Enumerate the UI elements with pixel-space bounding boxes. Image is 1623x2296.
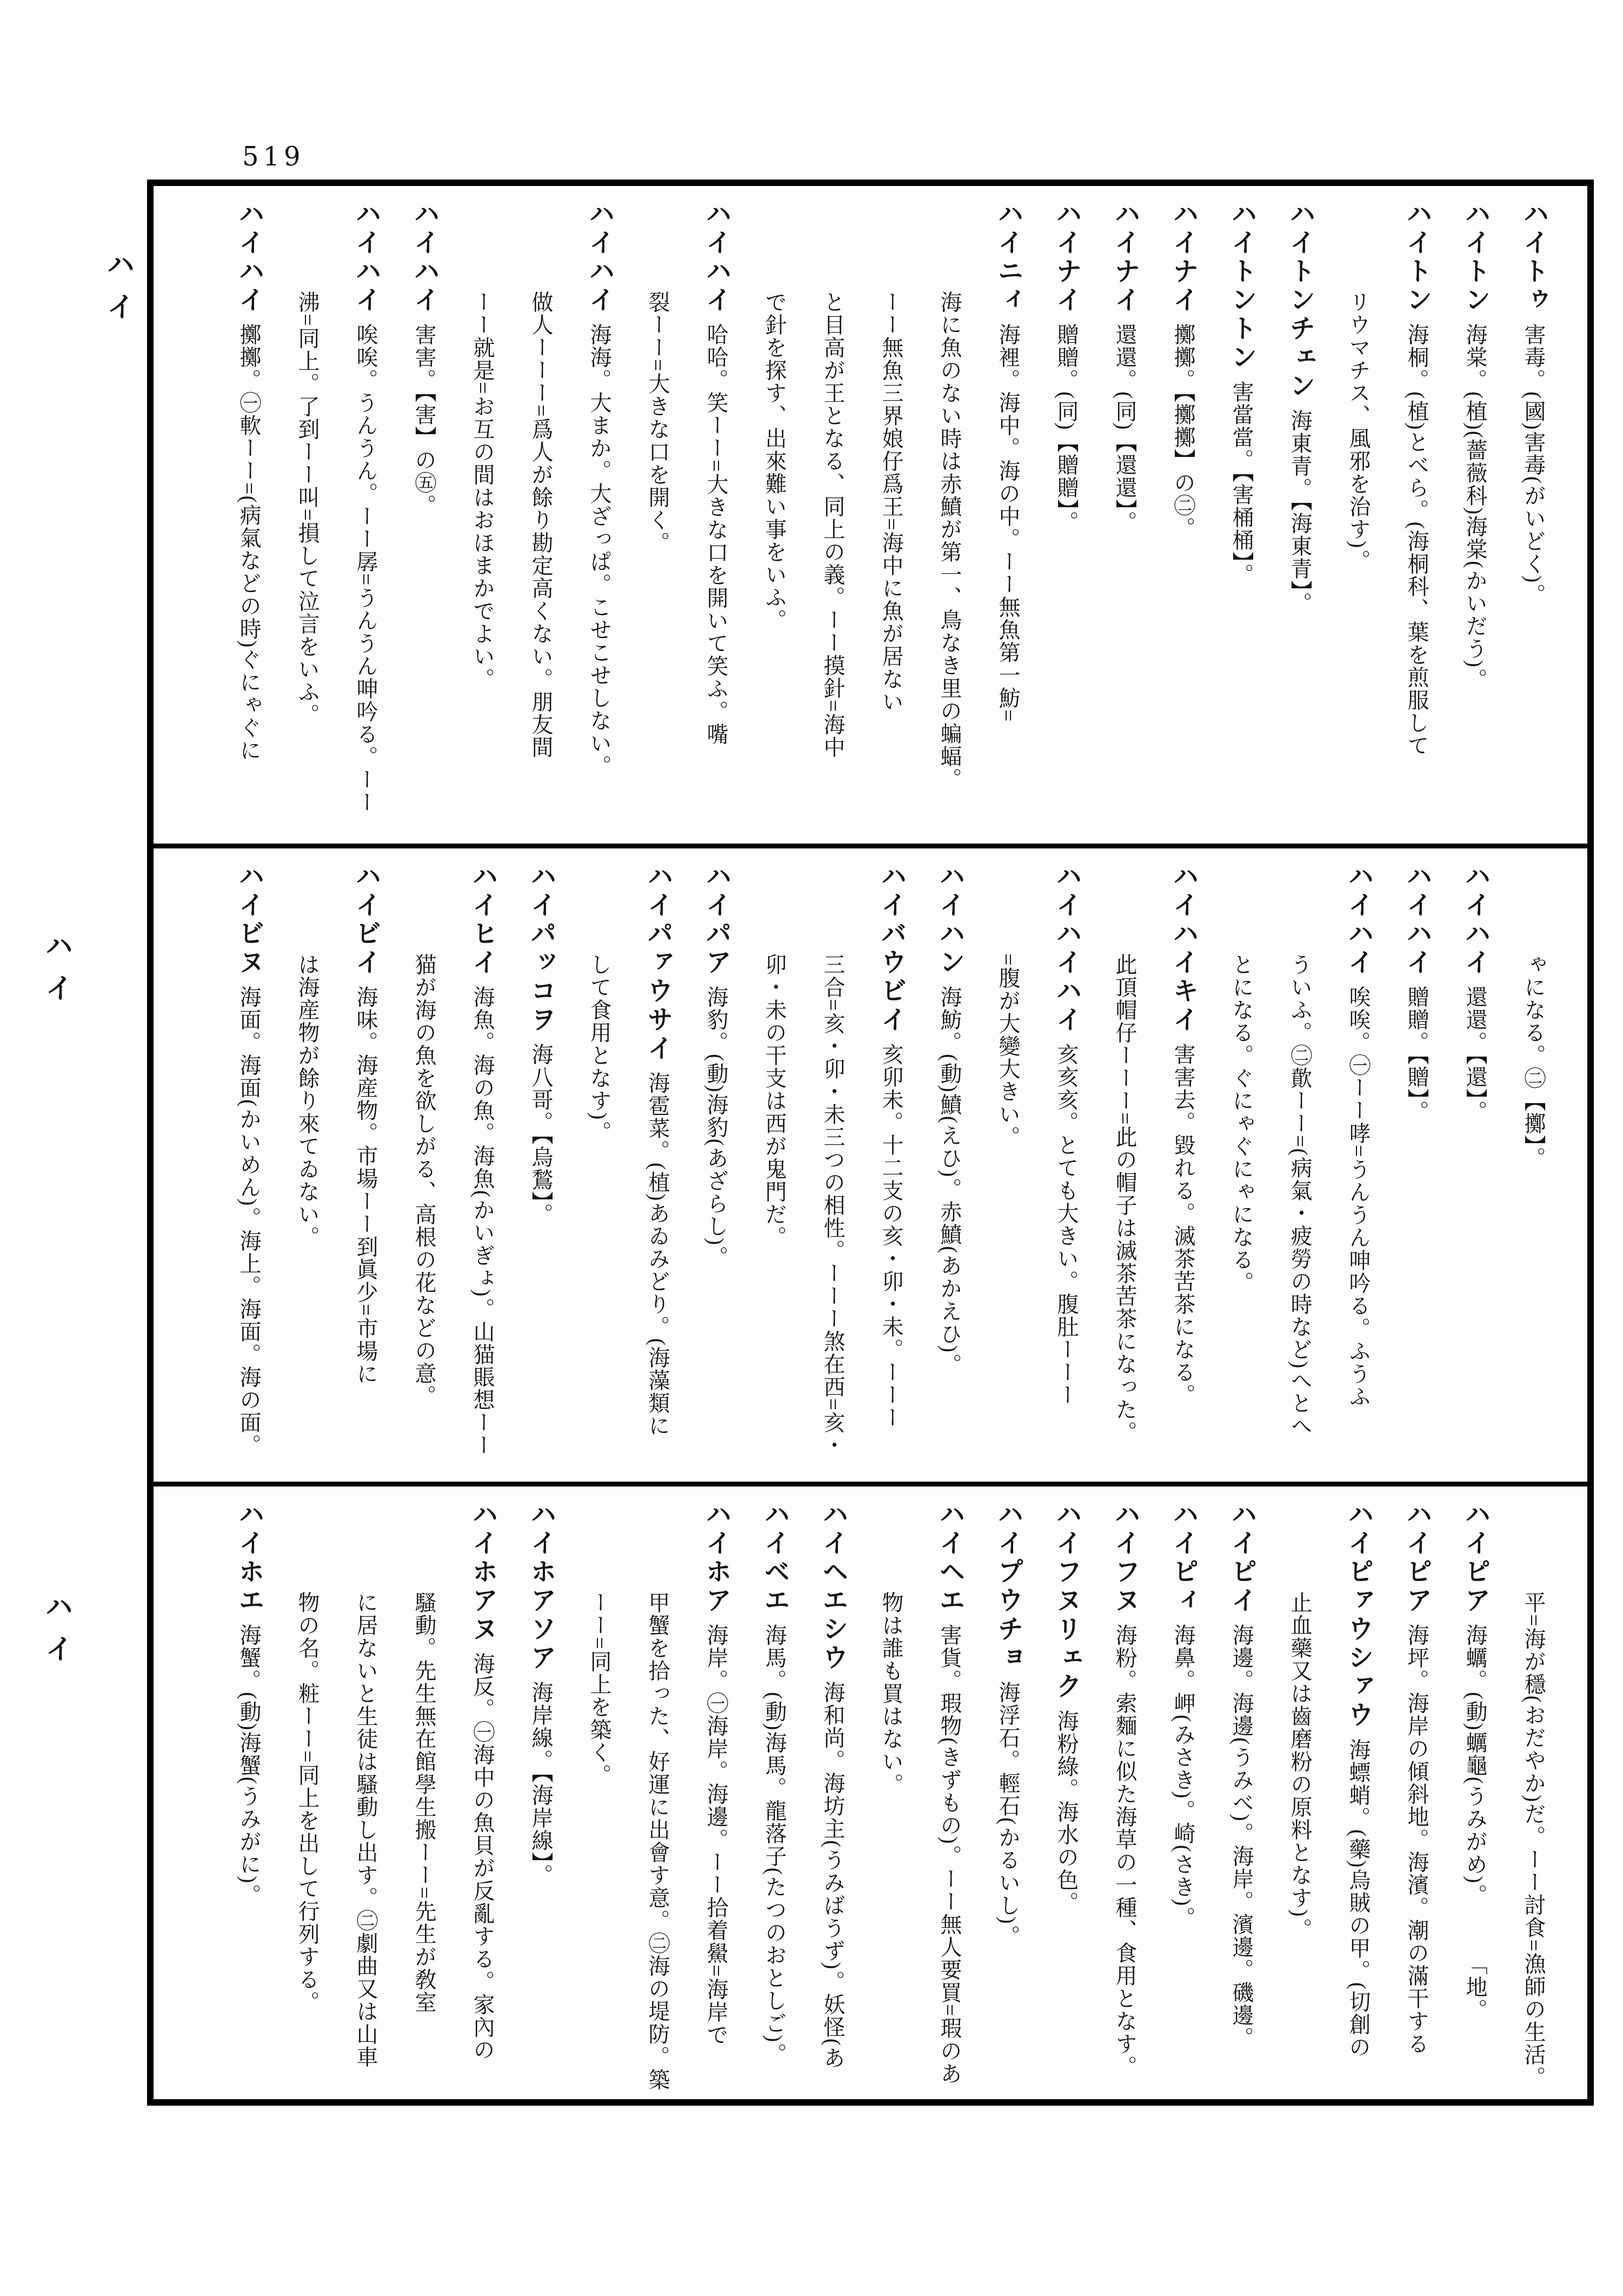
definition: とになる。ぐにゃぐにゃになる。 [1229, 953, 1254, 1294]
entry-column: ハイヘエ害貨。瑕物(きずもの)。ーー無人要買=瑕のある品 [920, 1501, 979, 2092]
continuation-column: 騷動。先生無在館學生搬ーー=先生が敎室 [395, 1501, 453, 2092]
headword: ハイトントン [1227, 200, 1256, 372]
continuation-column: =腹が大變大きい。 [979, 862, 1037, 1474]
definition: ーー就是=お互の間はおほまかでよい。 [470, 291, 495, 691]
entry-column: ハイハイ唉唉。うんうん。ーー孱=うんうん呻吟る。ーー [336, 200, 395, 836]
continuation-column: 三合=亥・卯・未三つの相性。ーーー煞在西=亥・ [803, 862, 862, 1474]
definition: ーー=同上を築く。 [587, 1591, 611, 1787]
definition: 海豹。(動)海豹(あざらし)。 [704, 986, 728, 1269]
entry-column: ハイハイ擲擲。㊀軟ーー=(病氣などの時)ぐにゃぐに [219, 200, 278, 836]
entry-column: ハイピア海蠣。(動)蠣龜(うみがめ)。 「地。 [1446, 1501, 1504, 2092]
continuation-column: は海産物が餘り來てゐない。 [278, 862, 336, 1474]
continuation-column: 甲蟹を拾った、好運に出會す意。㊁海の堤防。築 [628, 1501, 687, 2092]
definition: で針を探す、出來難い事をいふ。 [762, 291, 787, 632]
entry-column: ハイハン海魴。(動)鱝(えひ)。赤鱝(あかえひ)。 [920, 862, 979, 1474]
continuation-column: 卯・未の干支は西が鬼門だ。 [745, 862, 803, 1474]
definition: 海岸。㊀海岸。海邊。ーー拾着鱟=海岸で [704, 1624, 728, 2046]
page-number: 519 [242, 142, 305, 172]
continuation-column: に居ないと生徒は騷動し出す。㊁劇曲又は山車 [336, 1501, 395, 2092]
headword: ハイハン [935, 862, 964, 977]
continuation-column: ーー無魚三界娘仔爲王=海中に魚が居ない [862, 200, 920, 836]
entry-column: ハイハイキイ害害去。毀れる。滅茶苦茶になる。 [1154, 862, 1212, 1474]
headword: ハイベエ [760, 1501, 789, 1615]
headword: ハイハイハイ [1052, 862, 1081, 1034]
headword: ハイパッコヲ [527, 862, 555, 1034]
continuation-column: 猫が海の魚を欲しがる、高根の花などの意。 [395, 862, 453, 1474]
band-middle: ゃになる。㊁【擲】。 ハイハイ還還。【還】。 ハイハイ贈贈。【贈】。 ハイハイ唉… [154, 844, 1587, 1482]
continuation-column: 平=海が穩(おだやか)だ。ーー討食=漁師の生活。 [1504, 1501, 1562, 2092]
headword: ハイピア [1402, 1501, 1431, 1615]
continuation-column: 沸=同上。了到ーー叫=損して泣言をいふ。 [278, 200, 336, 836]
definition: 此頂帽仔ーーー=此の帽子は滅茶苦茶になった。 [1113, 953, 1137, 1444]
headword: ハイピァウシァウ [1344, 1501, 1373, 1730]
entry-column: ハイビイ海味。海産物。市場ーー到眞少=市場に [336, 862, 395, 1474]
definition: 止血藥又は齒磨粉の原料となす)。 [1288, 1591, 1312, 1940]
headword: ハイホエ [235, 1501, 263, 1615]
entry-column: ハイハイ哈哈。笑ーー=大きな口を開いて笑ふ。嘴 [687, 200, 745, 836]
definition: 海に魚のない時は赤鱝が第一、鳥なき里の蝙蝠。 [937, 291, 962, 791]
headword: ハイヒイ [468, 862, 497, 977]
headword: ハイニィ [994, 200, 1022, 315]
continuation-column: 物の名。粧ーー=同上を出して行列する。 [278, 1501, 336, 2092]
definition: 害當當。【害桶桶】。 [1229, 381, 1254, 586]
definition: 害毒。(國)害毒(がいどく)。 [1521, 323, 1546, 606]
entry-column: ハイトゥ害毒。(國)害毒(がいどく)。 [1504, 200, 1562, 836]
entry-column: ハイビヌ海面。海面(かいめん)。海上。海面。海の面。ーー平 [219, 862, 278, 1474]
entry-column: ハイハイ還還。【還】。 [1446, 862, 1504, 1474]
definition: 裂ーー=大きな口を開く。 [646, 291, 670, 554]
headword: ハイフヌ [1110, 1501, 1139, 1615]
entry-column: ハイプウチョ海浮石。輕石(かるいし)。 [979, 1501, 1037, 2092]
entry-column: ハイピア海坪。海岸の傾斜地。海濱。潮の滿干する [1387, 1501, 1446, 2092]
headword: ハイナイ [1052, 200, 1081, 315]
definition: ゃになる。㊁【擲】。 [1521, 953, 1546, 1170]
entry-column: ハイニィ海裡。海中。海の中。ーー無魚第一魴= [979, 200, 1037, 836]
continuation-column: リウマチス、風邪を治す)。 [1329, 200, 1387, 836]
headword: ハイハイ [1402, 862, 1431, 977]
entry-column: ハイナイ擲擲。【擲擲】の㊁。 [1154, 200, 1212, 836]
content-frame: ハイトゥ害毒。(國)害毒(がいどく)。 ハイトン海棠。(植)(薔薇科)海棠(かい… [147, 180, 1594, 2106]
definition: 還還。【還】。 [1463, 986, 1487, 1123]
definition: 海反。㊀海中の魚貝が反亂する。家內の [470, 1653, 495, 2061]
definition: 海雹菜。(植)あゐみどり。(海藻類に [646, 1072, 670, 1437]
entry-column: ハイナイ贈贈。(同)【贈贈】。 [1037, 200, 1095, 836]
margin-index-label: ハイ [36, 1592, 76, 1676]
continuation-column: 做人ーーー=爲人が餘り勘定高くない。朋友間 [511, 200, 570, 836]
headword: ハイピィ [1169, 1501, 1198, 1615]
definition: 海螵蛸。(藥)烏賊の甲。(切創の [1346, 1738, 1371, 2059]
continuation-column: ゃになる。㊁【擲】。 [1504, 862, 1562, 1474]
headword: ハイビイ [351, 862, 380, 977]
definition: 沸=同上。了到ーー叫=損して泣言をいふ。 [295, 291, 320, 726]
definition: 海坪。海岸の傾斜地。海濱。潮の滿干する [1405, 1624, 1429, 2055]
definition: 海魴。(動)鱝(えひ)。赤鱝(あかえひ)。 [937, 986, 962, 1376]
headword: ハイビヌ [235, 862, 263, 977]
definition: 海浮石。輕石(かるいし)。 [996, 1681, 1020, 1948]
headword: ハイハイ [235, 200, 263, 315]
continuation-column: と目高が王となる、同上の義。ーー摸針=海中 [803, 200, 862, 836]
headword: ハイハイ [410, 200, 438, 315]
definition: 哈哈。笑ーー=大きな口を開いて笑ふ。嘴 [704, 323, 728, 746]
headword: ハイトン [1461, 200, 1489, 315]
definition: 三合=亥・卯・未三つの相性。ーーー煞在西=亥・ [821, 953, 845, 1457]
entry-column: ハイピイ海邊。海邊(うみべ)。海岸。濱邊。磯邊。 [1212, 1501, 1271, 2092]
headword: ハイフヌリェク [1052, 1501, 1081, 1701]
definition: リウマチス、風邪を治す)。 [1346, 291, 1371, 572]
headword: ハイハイ [1461, 862, 1489, 977]
headword: ハイハイ [351, 200, 380, 315]
definition: 做人ーーー=爲人が餘り勘定高くない。朋友間 [529, 291, 553, 759]
entry-column: ハイハイ海海。大まか。大ざっぱ。こせこせしない。 [570, 200, 628, 836]
definition: 亥卯未。十二支の亥・卯・未。ーーー [879, 1043, 903, 1429]
entry-column: ハイヒイ海魚。海の魚。海魚(かいぎょ)。山猫賬想ーーー=山 [453, 862, 511, 1474]
continuation-column: ーー=同上を築く。 [570, 1501, 628, 2092]
band-bottom: 平=海が穩(おだやか)だ。ーー討食=漁師の生活。 ハイピア海蠣。(動)蠣龜(うみ… [154, 1482, 1587, 2099]
definition: 猫が海の魚を欲しがる、高根の花などの意。 [412, 953, 436, 1408]
entry-column: ハイトンチェン海東青。【海東青】。 [1271, 200, 1329, 836]
entry-column: ハイホエ海蟹。(動)海蟹(うみがに)。 [219, 1501, 278, 2092]
headword: ハイピイ [1227, 1501, 1256, 1615]
continuation-column: 海に魚のない時は赤鱝が第一、鳥なき里の蝙蝠。 [920, 200, 979, 836]
entry-column: ハイトントン害當當。【害桶桶】。 [1212, 200, 1271, 836]
entry-column: ハイピァウシァウ海螵蛸。(藥)烏賊の甲。(切創の [1329, 1501, 1387, 2092]
definition: 海八哥。【烏鶖】。 [529, 1043, 553, 1226]
entry-column: ハイトン海桐。(植)とべら。(海桐科、葉を煎服して [1387, 200, 1446, 836]
headword: ハイパァウサイ [643, 862, 672, 1063]
headword: ハイピア [1461, 1501, 1489, 1615]
definition: 唉唉。㊀ーー哮=うんうん呻吟る。ふうふ [1346, 986, 1371, 1408]
definition: 贈贈。【贈】。 [1405, 986, 1429, 1123]
entry-column: ハイナイ還還。(同)【還還】。 [1095, 200, 1154, 836]
entry-column: ハイハイハイ亥亥亥。とても大きい。腹肚ーーー [1037, 862, 1095, 1474]
entry-column: ハイホア海岸。㊀海岸。海邊。ーー拾着鱟=海岸で [687, 1501, 745, 2092]
definition: 擲擲。㊀軟ーー=(病氣などの時)ぐにゃぐに [237, 323, 261, 762]
continuation-column: ういふ。㊁歕ーー=(病氣・疲勞の時など)へとへ [1271, 862, 1329, 1474]
headword: ハイトン [1402, 200, 1431, 315]
entry-column: ハイパア海豹。(動)海豹(あざらし)。 [687, 862, 745, 1474]
headword: ハイナイ [1110, 200, 1139, 315]
entry-column: ハイフヌリェク海粉綠。海水の色。 [1037, 1501, 1095, 2092]
definition: 害害去。毀れる。滅茶苦茶になる。 [1171, 1043, 1195, 1406]
definition: =腹が大變大きい。 [996, 953, 1020, 1149]
headword: ハイハイキイ [1169, 862, 1198, 1034]
continuation-column: 止血藥又は齒磨粉の原料となす)。 [1271, 1501, 1329, 2092]
continuation-column: とになる。ぐにゃぐにゃになる。 [1212, 862, 1271, 1474]
definition: 海岸線。【海岸線】。 [529, 1681, 553, 1887]
entry-column: ハイフヌ海粉。索麵に似た海草の一種、食用となす。 [1095, 1501, 1154, 2092]
entry-column: ハイベエ海馬。(動)海馬。龍落子(たつのおとしご)。 [745, 1501, 803, 2092]
definition: 海海。大まか。大ざっぱ。こせこせしない。 [587, 323, 611, 778]
continuation-column: 裂ーー=大きな口を開く。 [628, 200, 687, 836]
definition: 海棠。(植)(薔薇科)海棠(かいだう)。 [1463, 323, 1487, 691]
headword: ハイホアソア [527, 1501, 555, 1673]
entry-column: ハイハイ害害。【害】の㊄。 [395, 200, 453, 836]
definition: 還還。(同)【還還】。 [1113, 323, 1137, 534]
entry-column: ハイヘエシウ海和尚。海坊主(うみばうず)。妖怪(あやかし)。 [803, 1501, 862, 2092]
headword: ハイトゥ [1519, 200, 1548, 315]
entry-column: ハイパッコヲ海八哥。【烏鶖】。 [511, 862, 570, 1474]
definition: 甲蟹を拾った、好運に出會す意。㊁海の堤防。築 [646, 1591, 670, 2091]
definition: して食用となす)。 [587, 953, 611, 1143]
band-top: ハイトゥ害毒。(國)害毒(がいどく)。 ハイトン海棠。(植)(薔薇科)海棠(かい… [154, 186, 1587, 844]
entry-column: ハイパァウサイ海雹菜。(植)あゐみどり。(海藻類に [628, 862, 687, 1474]
headword: ハイトンチェン [1286, 200, 1314, 401]
definition: 亥亥亥。とても大きい。腹肚ーーー [1054, 1043, 1079, 1406]
headword: ハイパア [702, 862, 730, 977]
entry-column: ハイトン海棠。(植)(薔薇科)海棠(かいだう)。 [1446, 200, 1504, 836]
definition: 海鼻。岬(みさき)。崎(さき)。 [1171, 1624, 1195, 1929]
entry-column: ハイピィ海鼻。岬(みさき)。崎(さき)。 [1154, 1501, 1212, 2092]
dictionary-page: 519 ハイ ハイ ハイ ハイトゥ害毒。(國)害毒(がいどく)。 ハイトン海棠。… [0, 0, 1623, 2296]
continuation-column: で針を探す、出來難い事をいふ。 [745, 200, 803, 836]
headword: ハイハイ [702, 200, 730, 315]
definition: 平=海が穩(おだやか)だ。ーー討食=漁師の生活。 [1521, 1591, 1546, 2089]
definition: 海粉。索麵に似た海草の一種、食用となす。 [1113, 1624, 1137, 2078]
definition: 擲擲。【擲擲】の㊁。 [1171, 323, 1195, 540]
definition: 卯・未の干支は西が鬼門だ。 [762, 953, 787, 1249]
definition: 海馬。(動)海馬。龍落子(たつのおとしご)。 [762, 1624, 787, 2066]
definition: 騷動。先生無在館學生搬ーー=先生が敎室 [412, 1591, 436, 2014]
margin-index-label: ハイ [36, 931, 76, 1016]
continuation-column: ーー就是=お互の間はおほまかでよい。 [453, 200, 511, 836]
entry-column: ハイホアソア海岸線。【海岸線】。 [511, 1501, 570, 2092]
definition: 海東青。【海東青】。 [1288, 409, 1312, 615]
definition: 害害。【害】の㊄。 [412, 323, 436, 517]
definition: 物は誰も買はない。 [879, 1591, 903, 1796]
headword: ハイバウビイ [877, 862, 906, 1034]
continuation-column: 此頂帽仔ーーー=此の帽子は滅茶苦茶になった。 [1095, 862, 1154, 1474]
definition: 海蟹。(動)海蟹(うみがに)。 [237, 1624, 261, 1907]
definition: 贈贈。(同)【贈贈】。 [1054, 323, 1079, 534]
definition: と目高が王となる、同上の義。ーー摸針=海中 [821, 291, 845, 759]
headword: ハイハイ [585, 200, 614, 315]
headword: ハイヘエ [935, 1501, 964, 1615]
continuation-column: して食用となす)。 [570, 862, 628, 1474]
definition: ういふ。㊁歕ーー=(病氣・疲勞の時など)へとへ [1288, 953, 1312, 1437]
definition: 海桐。(植)とべら。(海桐科、葉を煎服して [1405, 323, 1429, 757]
entry-column: ハイハイ贈贈。【贈】。 [1387, 862, 1446, 1474]
headword: ハイホアヌ [468, 1501, 497, 1644]
headword: ハイプウチョ [994, 1501, 1022, 1673]
definition: 海味。海産物。市場ーー到眞少=市場に [354, 986, 378, 1385]
definition: 海粉綠。海水の色。 [1054, 1710, 1079, 1914]
entry-column: ハイホアヌ海反。㊀海中の魚貝が反亂する。家內の [453, 1501, 511, 2092]
margin-index-label: ハイ [97, 250, 138, 334]
headword: ハイナイ [1169, 200, 1198, 315]
continuation-column: 物は誰も買はない。 [862, 1501, 920, 2092]
entry-column: ハイバウビイ亥卯未。十二支の亥・卯・未。ーーー [862, 862, 920, 1474]
definition: 唉唉。うんうん。ーー孱=うんうん呻吟る。ーー [354, 323, 378, 814]
headword: ハイホア [702, 1501, 730, 1615]
definition: 物の名。粧ーー=同上を出して行列する。 [295, 1591, 320, 2014]
headword: ハイヘエシウ [819, 1501, 847, 1673]
definition: 海邊。海邊(うみべ)。海岸。濱邊。磯邊。 [1229, 1624, 1254, 2049]
definition: 海裡。海中。海の中。ーー無魚第一魴= [996, 323, 1020, 723]
definition: は海産物が餘り來てゐない。 [295, 953, 320, 1249]
definition: に居ないと生徒は騷動し出す。㊁劇曲又は山車 [354, 1591, 378, 2068]
entry-column: ハイハイ唉唉。㊀ーー哮=うんうん呻吟る。ふうふ [1329, 862, 1387, 1474]
headword: ハイハイ [1344, 862, 1373, 977]
definition: ーー無魚三界娘仔爲王=海中に魚が居ない [879, 291, 903, 713]
definition: 海蠣。(動)蠣龜(うみがめ)。 「地。 [1463, 1624, 1487, 2021]
